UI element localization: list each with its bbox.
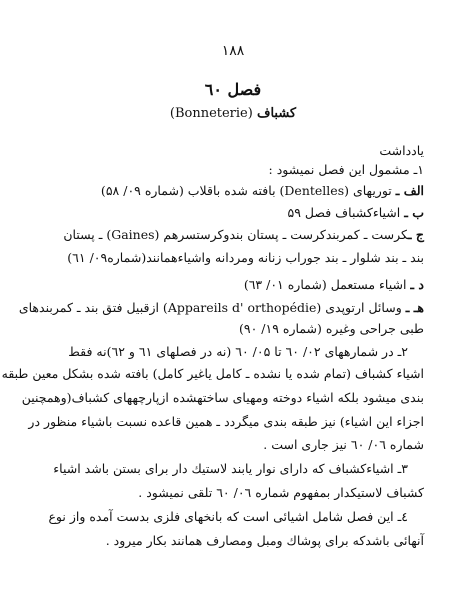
note-line: شماره ۰٦/ ٦٠ نیز جاری است . (263, 436, 424, 454)
note-line: آنهائی باشدکه برای پوشاك ومبل ومصارف هما… (106, 532, 424, 550)
note-line: کشباف لاستیكدار بمفهوم شماره ۰٦/ ٦٠ تلقی… (138, 484, 424, 502)
note-line: اجزاء این اشیاء) نیز طبقه بندی میگردد ـ … (28, 413, 424, 431)
page-number: ۱۸۸ (0, 43, 466, 59)
note-line: اشیاء کشباف (تمام شده یا نشده ـ کامل یاغ… (2, 365, 424, 383)
note-line: هـ ـ وسائل ارتوپدی (Appareils d' orthopé… (19, 299, 424, 317)
note-line: طبی جراحی وغیره (شماره ۱۹/ ۹۰) (239, 320, 424, 338)
note-line: بند ـ بند شلوار ـ بند جوراب زنانه ومردان… (67, 249, 424, 267)
note-line: بندی میشود بلکه اشیاء دوخته ومهیای ساخته… (22, 389, 424, 407)
chapter-title: فصل ٦٠ (0, 80, 466, 99)
note-line: ۳ـ اشیاءکشباف که دارای نوار یابند لاستیك… (53, 460, 408, 478)
note-line: د ـ اشیاء مستعمل (شماره ۰۱/ ٦٣) (244, 276, 424, 294)
subtitle-latin: (Bonneterie) (170, 106, 253, 121)
note-line: ب ـ اشیاءکشباف فصل ۵۹ (288, 204, 424, 222)
note-line: ۲ـ در شمارههای ۰۲/ ٦٠ تا ۰۵/ ٦٠ (نه در ف… (68, 343, 408, 361)
subtitle-persian: کشباف (257, 106, 296, 121)
note-line: الف ـ توریهای (Dentelles) بافته شده باقل… (101, 182, 424, 200)
note-line: ۱ـ مشمول این فصل نمیشود : (269, 161, 424, 179)
note-line: ٤ـ این فصل شامل اشیائی است که بانخهای فل… (48, 508, 408, 526)
chapter-subtitle: کشباف (Bonneterie) (0, 106, 466, 121)
notes-heading: یادداشت (379, 142, 424, 160)
note-line: ج ـکرست ـ کمربندکرست ـ پستان بندوکرستسره… (63, 226, 424, 244)
